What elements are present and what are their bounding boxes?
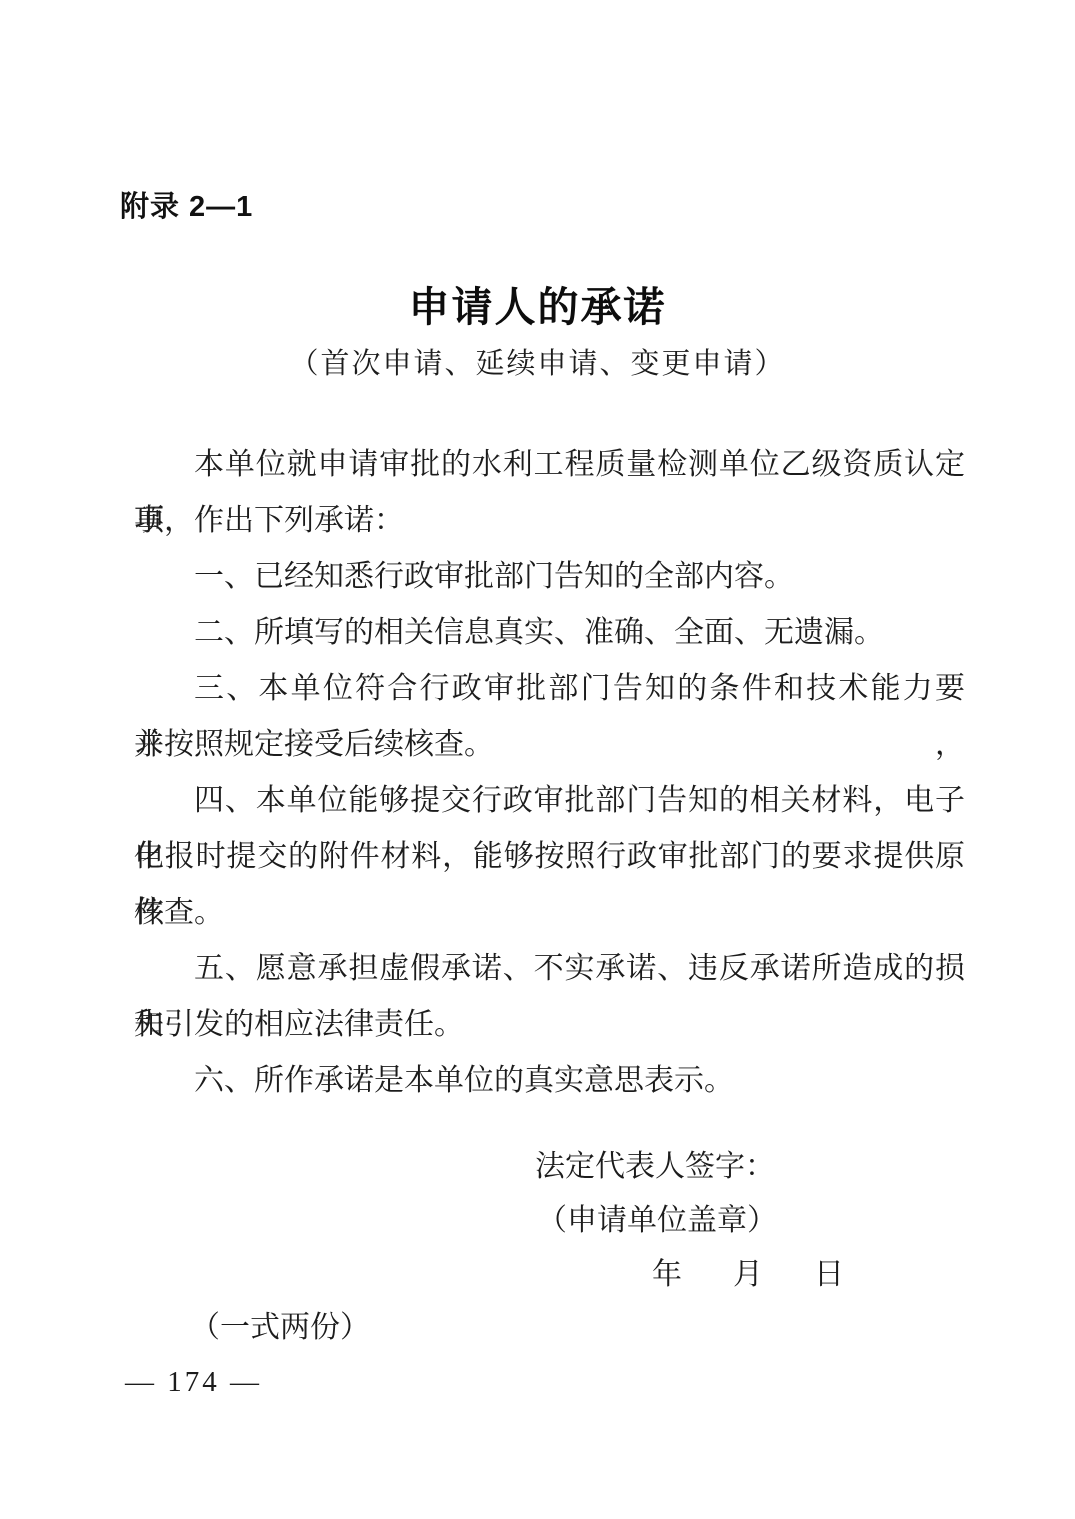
legal-representative-signature-label: 法定代表人签字： — [535, 1148, 775, 1186]
day-label: 日 — [814, 1256, 844, 1294]
year-label: 年 — [652, 1256, 682, 1294]
body-line-item-3: 三、本单位符合行政审批部门告知的条件和技术能力要求， — [134, 661, 965, 717]
page-title: 申请人的承诺 — [0, 274, 1075, 333]
month-label: 月 — [733, 1256, 763, 1294]
body-line-item-6: 六、所作承诺是本单位的真实意思表示。 — [134, 1053, 965, 1109]
body-line: 项，作出下列承诺： — [134, 493, 965, 549]
page-number: — 174 — — [125, 1366, 262, 1399]
commitment-body: 本单位就申请审批的水利工程质量检测单位乙级资质认定事 项，作出下列承诺： 一、已… — [134, 437, 965, 1109]
copies-note: （一式两份） — [190, 1309, 370, 1347]
appendix-label: 附录 2—1 — [120, 184, 253, 225]
body-line: 申报时提交的附件材料，能够按照行政审批部门的要求提供原件 — [134, 829, 965, 885]
body-line: 核查。 — [134, 885, 965, 941]
document-page: 附录 2—1 申请人的承诺 （首次申请、延续申请、变更申请） 本单位就申请审批的… — [0, 0, 1075, 1519]
applicant-unit-seal-label: （申请单位盖章） — [537, 1202, 777, 1240]
body-line: 本单位就申请审批的水利工程质量检测单位乙级资质认定事 — [134, 437, 965, 493]
page-subtitle: （首次申请、延续申请、变更申请） — [0, 341, 1075, 382]
body-line-item-2: 二、所填写的相关信息真实、准确、全面、无遗漏。 — [134, 605, 965, 661]
body-line-item-4: 四、本单位能够提交行政审批部门告知的相关材料，电子化 — [134, 773, 965, 829]
date-line: 年 月 日 — [652, 1256, 844, 1294]
body-line-item-5: 五、愿意承担虚假承诺、不实承诺、违反承诺所造成的损失 — [134, 941, 965, 997]
body-line: 和引发的相应法律责任。 — [134, 997, 965, 1053]
body-line-item-1: 一、已经知悉行政审批部门告知的全部内容。 — [134, 549, 965, 605]
